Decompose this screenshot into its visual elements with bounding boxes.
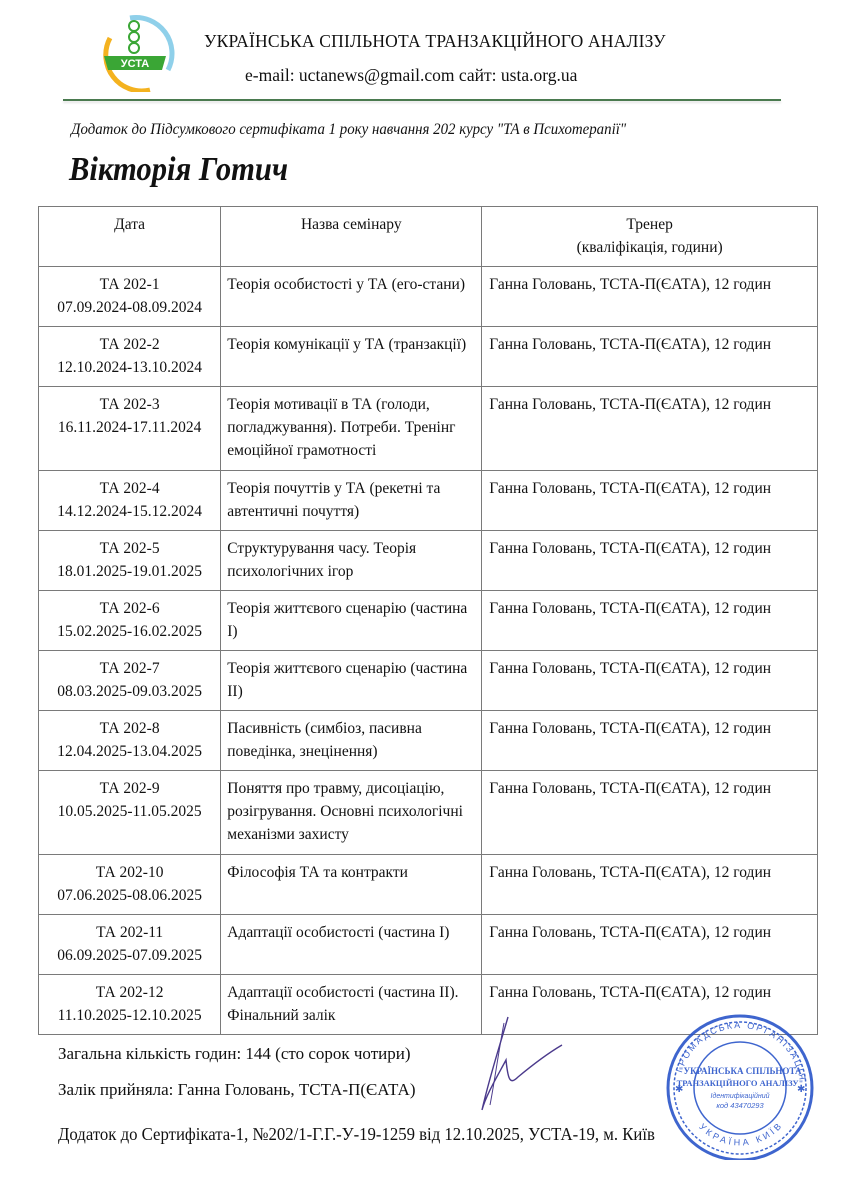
- table-header-row: Дата Назва семінару Тренер (кваліфікація…: [39, 207, 818, 267]
- seminar-code: ТА 202-10: [39, 861, 220, 884]
- table-row: ТА 202-518.01.2025-19.01.2025Структурува…: [39, 531, 818, 591]
- seminar-code: ТА 202-9: [39, 777, 220, 800]
- seminar-title: Теорія почуттів у ТА (рекетні та автенти…: [221, 471, 482, 531]
- seminar-dates: 06.09.2025-07.09.2025: [39, 944, 220, 967]
- seminar-date-cell: ТА 202-1211.10.2025-12.10.2025: [39, 975, 221, 1035]
- table-row: ТА 202-414.12.2024-15.12.2024Теорія почу…: [39, 471, 818, 531]
- seminar-dates: 07.06.2025-08.06.2025: [39, 884, 220, 907]
- seminar-date-cell: ТА 202-812.04.2025-13.04.2025: [39, 711, 221, 771]
- seminar-title: Поняття про травму, дисоціацію, розігрув…: [221, 771, 482, 855]
- organization-name: УКРАЇНСЬКА СПІЛЬНОТА ТРАНЗАКЦІЙНОГО АНАЛ…: [204, 31, 666, 52]
- usta-logo-icon: УСТА: [90, 14, 182, 92]
- seminar-code: ТА 202-1: [39, 273, 220, 296]
- seminar-date-cell: ТА 202-708.03.2025-09.03.2025: [39, 651, 221, 711]
- header-date: Дата: [39, 207, 221, 267]
- seminar-dates: 18.01.2025-19.01.2025: [39, 560, 220, 583]
- seminar-title: Адаптації особистості (частина II). Фіна…: [221, 975, 482, 1035]
- seminar-dates: 14.12.2024-15.12.2024: [39, 500, 220, 523]
- seminar-date-cell: ТА 202-518.01.2025-19.01.2025: [39, 531, 221, 591]
- seminar-dates: 08.03.2025-09.03.2025: [39, 680, 220, 703]
- seminar-date-cell: ТА 202-910.05.2025-11.05.2025: [39, 771, 221, 855]
- seminar-dates: 07.09.2024-08.09.2024: [39, 296, 220, 319]
- seminar-trainer: Ганна Головань, ТСТА-П(ЄАТА), 12 годин: [482, 591, 818, 651]
- seminar-trainer: Ганна Головань, ТСТА-П(ЄАТА), 12 годин: [482, 531, 818, 591]
- seminar-trainer: Ганна Головань, ТСТА-П(ЄАТА), 12 годин: [482, 327, 818, 387]
- seminar-title: Теорія мотивації в ТА (голоди, погладжув…: [221, 387, 482, 471]
- seminar-dates: 10.05.2025-11.05.2025: [39, 800, 220, 823]
- seminar-date-cell: ТА 202-316.11.2024-17.11.2024: [39, 387, 221, 471]
- seminar-code: ТА 202-8: [39, 717, 220, 740]
- seminar-trainer: Ганна Головань, ТСТА-П(ЄАТА), 12 годин: [482, 387, 818, 471]
- letterhead: УСТА УКРАЇНСЬКА СПІЛЬНОТА ТРАНЗАКЦІЙНОГО…: [0, 0, 849, 110]
- seminar-trainer: Ганна Головань, ТСТА-П(ЄАТА), 12 годин: [482, 471, 818, 531]
- svg-text:код 43470293: код 43470293: [716, 1101, 764, 1110]
- seminar-trainer: Ганна Головань, ТСТА-П(ЄАТА), 12 годин: [482, 267, 818, 327]
- header-divider: [63, 99, 781, 101]
- svg-text:УСТА: УСТА: [121, 58, 150, 70]
- seminar-trainer: Ганна Головань, ТСТА-П(ЄАТА), 12 годин: [482, 711, 818, 771]
- table-row: ТА 202-812.04.2025-13.04.2025Пасивність …: [39, 711, 818, 771]
- table-row: ТА 202-1007.06.2025-08.06.2025Філософія …: [39, 855, 818, 915]
- seminar-trainer: Ганна Головань, ТСТА-П(ЄАТА), 12 годин: [482, 771, 818, 855]
- seminar-trainer: Ганна Головань, ТСТА-П(ЄАТА), 12 годин: [482, 915, 818, 975]
- seminar-code: ТА 202-4: [39, 477, 220, 500]
- signature: [470, 1015, 570, 1115]
- table-row: ТА 202-316.11.2024-17.11.2024Теорія моти…: [39, 387, 818, 471]
- seminar-dates: 12.10.2024-13.10.2024: [39, 356, 220, 379]
- seminar-title: Теорія життєвого сценарію (частина II): [221, 651, 482, 711]
- seminar-code: ТА 202-3: [39, 393, 220, 416]
- seminar-title: Пасивність (симбіоз, пасивна поведінка, …: [221, 711, 482, 771]
- seminar-code: ТА 202-5: [39, 537, 220, 560]
- organization-stamp: ГРОМАДСЬКА ОРГАНІЗАЦІЯ УКРАЇНА КИЇВ "УКР…: [655, 1010, 825, 1160]
- seminar-title: Філософія ТА та контракти: [221, 855, 482, 915]
- seminar-title: Структурування часу. Теорія психологічни…: [221, 531, 482, 591]
- table-row: ТА 202-708.03.2025-09.03.2025Теорія житт…: [39, 651, 818, 711]
- svg-text:"УКРАЇНСЬКА СПІЛЬНОТА: "УКРАЇНСЬКА СПІЛЬНОТА: [679, 1066, 802, 1076]
- seminar-code: ТА 202-12: [39, 981, 220, 1004]
- svg-text:✱: ✱: [675, 1084, 683, 1095]
- seminar-code: ТА 202-2: [39, 333, 220, 356]
- seminars-table: Дата Назва семінару Тренер (кваліфікація…: [38, 206, 818, 1035]
- seminar-date-cell: ТА 202-1007.06.2025-08.06.2025: [39, 855, 221, 915]
- seminar-code: ТА 202-11: [39, 921, 220, 944]
- table-row: ТА 202-910.05.2025-11.05.2025Поняття про…: [39, 771, 818, 855]
- header-title: Назва семінару: [221, 207, 482, 267]
- table-row: ТА 202-212.10.2024-13.10.2024Теорія кому…: [39, 327, 818, 387]
- student-name: Вікторія Готич: [69, 151, 288, 189]
- table-row: ТА 202-615.02.2025-16.02.2025Теорія житт…: [39, 591, 818, 651]
- seminar-dates: 11.10.2025-12.10.2025: [39, 1004, 220, 1027]
- organization-contacts: e-mail: uctanews@gmail.com сайт: usta.or…: [245, 65, 577, 86]
- seminar-title: Теорія комунікації у ТА (транзакції): [221, 327, 482, 387]
- seminar-dates: 15.02.2025-16.02.2025: [39, 620, 220, 643]
- seminar-date-cell: ТА 202-1106.09.2025-07.09.2025: [39, 915, 221, 975]
- table-row: ТА 202-107.09.2024-08.09.2024Теорія особ…: [39, 267, 818, 327]
- header-trainer-line1: Тренер: [482, 213, 817, 236]
- seminar-code: ТА 202-6: [39, 597, 220, 620]
- total-hours: Загальна кількість годин: 144 (сто сорок…: [58, 1044, 411, 1064]
- seminar-trainer: Ганна Головань, ТСТА-П(ЄАТА), 12 годин: [482, 651, 818, 711]
- svg-text:✱: ✱: [797, 1084, 805, 1095]
- table-row: ТА 202-1106.09.2025-07.09.2025Адаптації …: [39, 915, 818, 975]
- svg-text:Ідентифікаційний: Ідентифікаційний: [711, 1092, 770, 1100]
- seminar-date-cell: ТА 202-107.09.2024-08.09.2024: [39, 267, 221, 327]
- document-subtitle: Додаток до Підсумкового сертифіката 1 ро…: [71, 121, 626, 139]
- seminar-code: ТА 202-7: [39, 657, 220, 680]
- seminar-date-cell: ТА 202-615.02.2025-16.02.2025: [39, 591, 221, 651]
- header-trainer: Тренер (кваліфікація, години): [482, 207, 818, 267]
- accepted-by: Залік прийняла: Ганна Головань, ТСТА-П(Є…: [58, 1080, 416, 1100]
- seminar-trainer: Ганна Головань, ТСТА-П(ЄАТА), 12 годин: [482, 855, 818, 915]
- seminar-title: Адаптації особистості (частина I): [221, 915, 482, 975]
- seminar-title: Теорія життєвого сценарію (частина I): [221, 591, 482, 651]
- seminar-dates: 16.11.2024-17.11.2024: [39, 416, 220, 439]
- seminar-dates: 12.04.2025-13.04.2025: [39, 740, 220, 763]
- certificate-reference: Додаток до Сертифіката-1, №202/1-Г.Г.-У-…: [58, 1124, 655, 1145]
- seminar-date-cell: ТА 202-212.10.2024-13.10.2024: [39, 327, 221, 387]
- header-trainer-line2: (кваліфікація, години): [482, 236, 817, 259]
- svg-text:ТРАНЗАКЦІЙНОГО АНАЛІЗУ": ТРАНЗАКЦІЙНОГО АНАЛІЗУ": [677, 1078, 804, 1088]
- seminar-title: Теорія особистості у ТА (его-стани): [221, 267, 482, 327]
- seminar-date-cell: ТА 202-414.12.2024-15.12.2024: [39, 471, 221, 531]
